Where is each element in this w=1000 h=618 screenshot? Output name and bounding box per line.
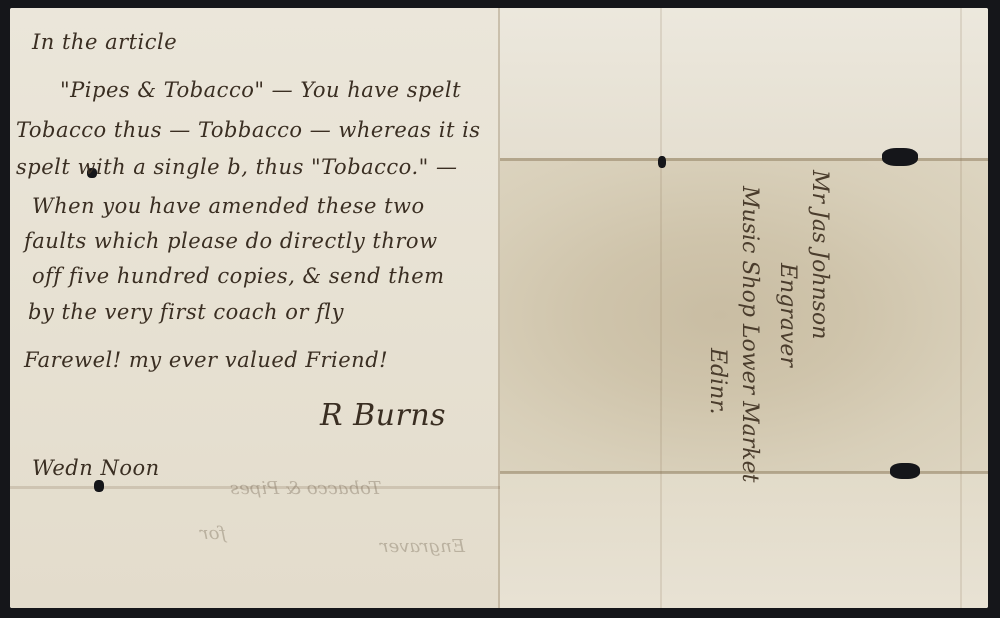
letter-line: faults which please do directly throw <box>24 229 438 253</box>
address-line: Edinr. <box>705 348 730 414</box>
letter-sheet: Tobacco & Pipes for Engraver In the arti… <box>10 8 988 608</box>
letter-line: Tobacco thus — Tobbacco — whereas it is <box>16 118 481 142</box>
letter-line: Farewel! my ever valued Friend! <box>24 348 388 372</box>
seal-hole <box>882 148 918 166</box>
tear-hole <box>658 156 666 168</box>
letter-line: off five hundred copies, & send them <box>32 264 445 288</box>
vertical-fold <box>960 8 962 608</box>
bleed-through-text: Tobacco & Pipes <box>230 478 381 499</box>
vertical-fold <box>498 8 500 608</box>
blank-panel-top <box>500 8 988 158</box>
blank-panel-bottom <box>500 473 988 608</box>
bleed-through-text: for <box>200 523 226 544</box>
signature: R Burns <box>320 398 446 433</box>
letter-line: "Pipes & Tobacco" — You have spelt <box>60 78 461 102</box>
letter-line: spelt with a single b, thus "Tobacco." — <box>16 155 457 179</box>
address-line: Music Shop Lower Market <box>737 186 762 482</box>
tear-hole <box>94 480 104 492</box>
address-line: Engraver <box>775 263 800 367</box>
letter-line: When you have amended these two <box>32 194 425 218</box>
letter-line: by the very first coach or fly <box>28 300 344 324</box>
bleed-through-text: Engraver <box>380 536 465 557</box>
letter-line: In the article <box>32 30 177 54</box>
seal-hole <box>890 463 920 479</box>
address-line: Mr Jas Johnson <box>807 170 832 339</box>
vertical-fold <box>660 8 662 608</box>
dateline: Wedn Noon <box>32 456 160 480</box>
